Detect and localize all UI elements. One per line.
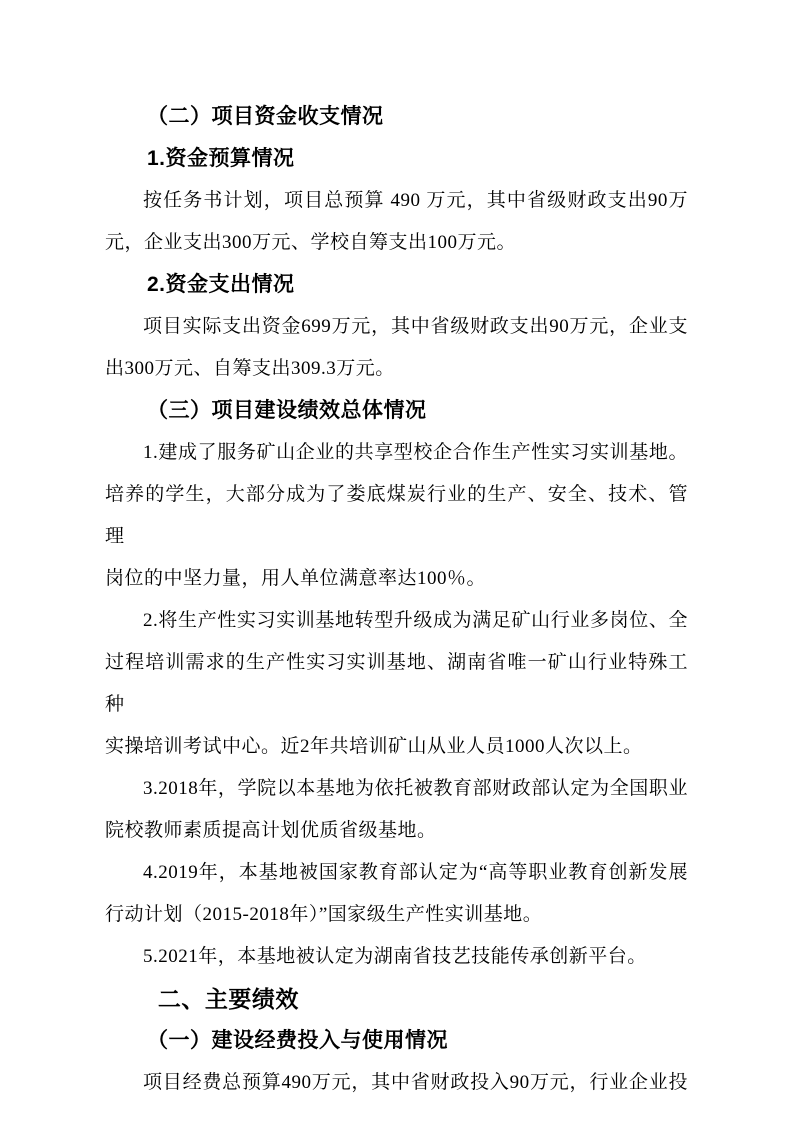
text-line: 项目经费总预算490万元，其中省财政投入90万元，行业企业投 [105,1062,688,1104]
paragraph: 按任务书计划，项目总预算 490 万元，其中省级财政支出90万元，企业支出300… [105,180,688,264]
page-number: 2 [393,1034,401,1051]
text-line: 出300万元、自筹支出309.3万元。 [105,348,688,390]
text-line: 按任务书计划，项目总预算 490 万元，其中省级财政支出90万 [105,180,688,222]
text-line: 培养的学生，大部分成为了娄底煤炭行业的生产、安全、技术、管理 [105,474,688,558]
text-line: 岗位的中坚力量，用人单位满意率达100％。 [105,558,688,600]
document-page: （二）项目资金收支情况1.资金预算情况按任务书计划，项目总预算 490 万元，其… [0,0,793,1122]
text-line: 院校教师素质提高计划优质省级基地。 [105,810,688,852]
section-heading: （二）项目资金收支情况 [105,96,688,138]
section-heading: 1.资金预算情况 [105,138,688,180]
text-line: 元，企业支出300万元、学校自筹支出100万元。 [105,222,688,264]
text-line: 2.将生产性实习实训基地转型升级成为满足矿山行业多岗位、全 [105,600,688,642]
section-heading: （三）项目建设绩效总体情况 [105,390,688,432]
page-footer: 2 [0,1034,793,1052]
text-line: （二）项目资金收支情况 [105,96,688,138]
paragraph: 5.2021年，本基地被认定为湖南省技艺技能传承创新平台。 [105,936,688,978]
text-line: 2.资金支出情况 [105,264,688,306]
text-line: 4.2019年，本基地被国家教育部认定为“高等职业教育创新发展 [105,852,688,894]
paragraph: 项目实际支出资金699万元，其中省级财政支出90万元，企业支出300万元、自筹支… [105,306,688,390]
paragraph: 项目经费总预算490万元，其中省财政投入90万元，行业企业投 [105,1062,688,1104]
section-heading: 二、主要绩效 [105,978,688,1020]
paragraph: 1.建成了服务矿山企业的共享型校企合作生产性实习实训基地。培养的学生，大部分成为… [105,432,688,600]
text-line: 过程培训需求的生产性实习实训基地、湖南省唯一矿山行业特殊工种 [105,642,688,726]
document-body: （二）项目资金收支情况1.资金预算情况按任务书计划，项目总预算 490 万元，其… [105,96,688,1104]
text-line: 1.建成了服务矿山企业的共享型校企合作生产性实习实训基地。 [105,432,688,474]
section-heading: 2.资金支出情况 [105,264,688,306]
paragraph: 2.将生产性实习实训基地转型升级成为满足矿山行业多岗位、全过程培训需求的生产性实… [105,600,688,768]
paragraph: 3.2018年，学院以本基地为依托被教育部财政部认定为全国职业院校教师素质提高计… [105,768,688,852]
text-line: 二、主要绩效 [105,978,688,1020]
text-line: 实操培训考试中心。近2年共培训矿山从业人员1000人次以上。 [105,726,688,768]
text-line: 项目实际支出资金699万元，其中省级财政支出90万元，企业支 [105,306,688,348]
text-line: 5.2021年，本基地被认定为湖南省技艺技能传承创新平台。 [105,936,688,978]
text-line: 1.资金预算情况 [105,138,688,180]
text-line: （三）项目建设绩效总体情况 [105,390,688,432]
text-line: 行动计划（2015-2018年）”国家级生产性实训基地。 [105,894,688,936]
paragraph: 4.2019年，本基地被国家教育部认定为“高等职业教育创新发展行动计划（2015… [105,852,688,936]
text-line: 3.2018年，学院以本基地为依托被教育部财政部认定为全国职业 [105,768,688,810]
